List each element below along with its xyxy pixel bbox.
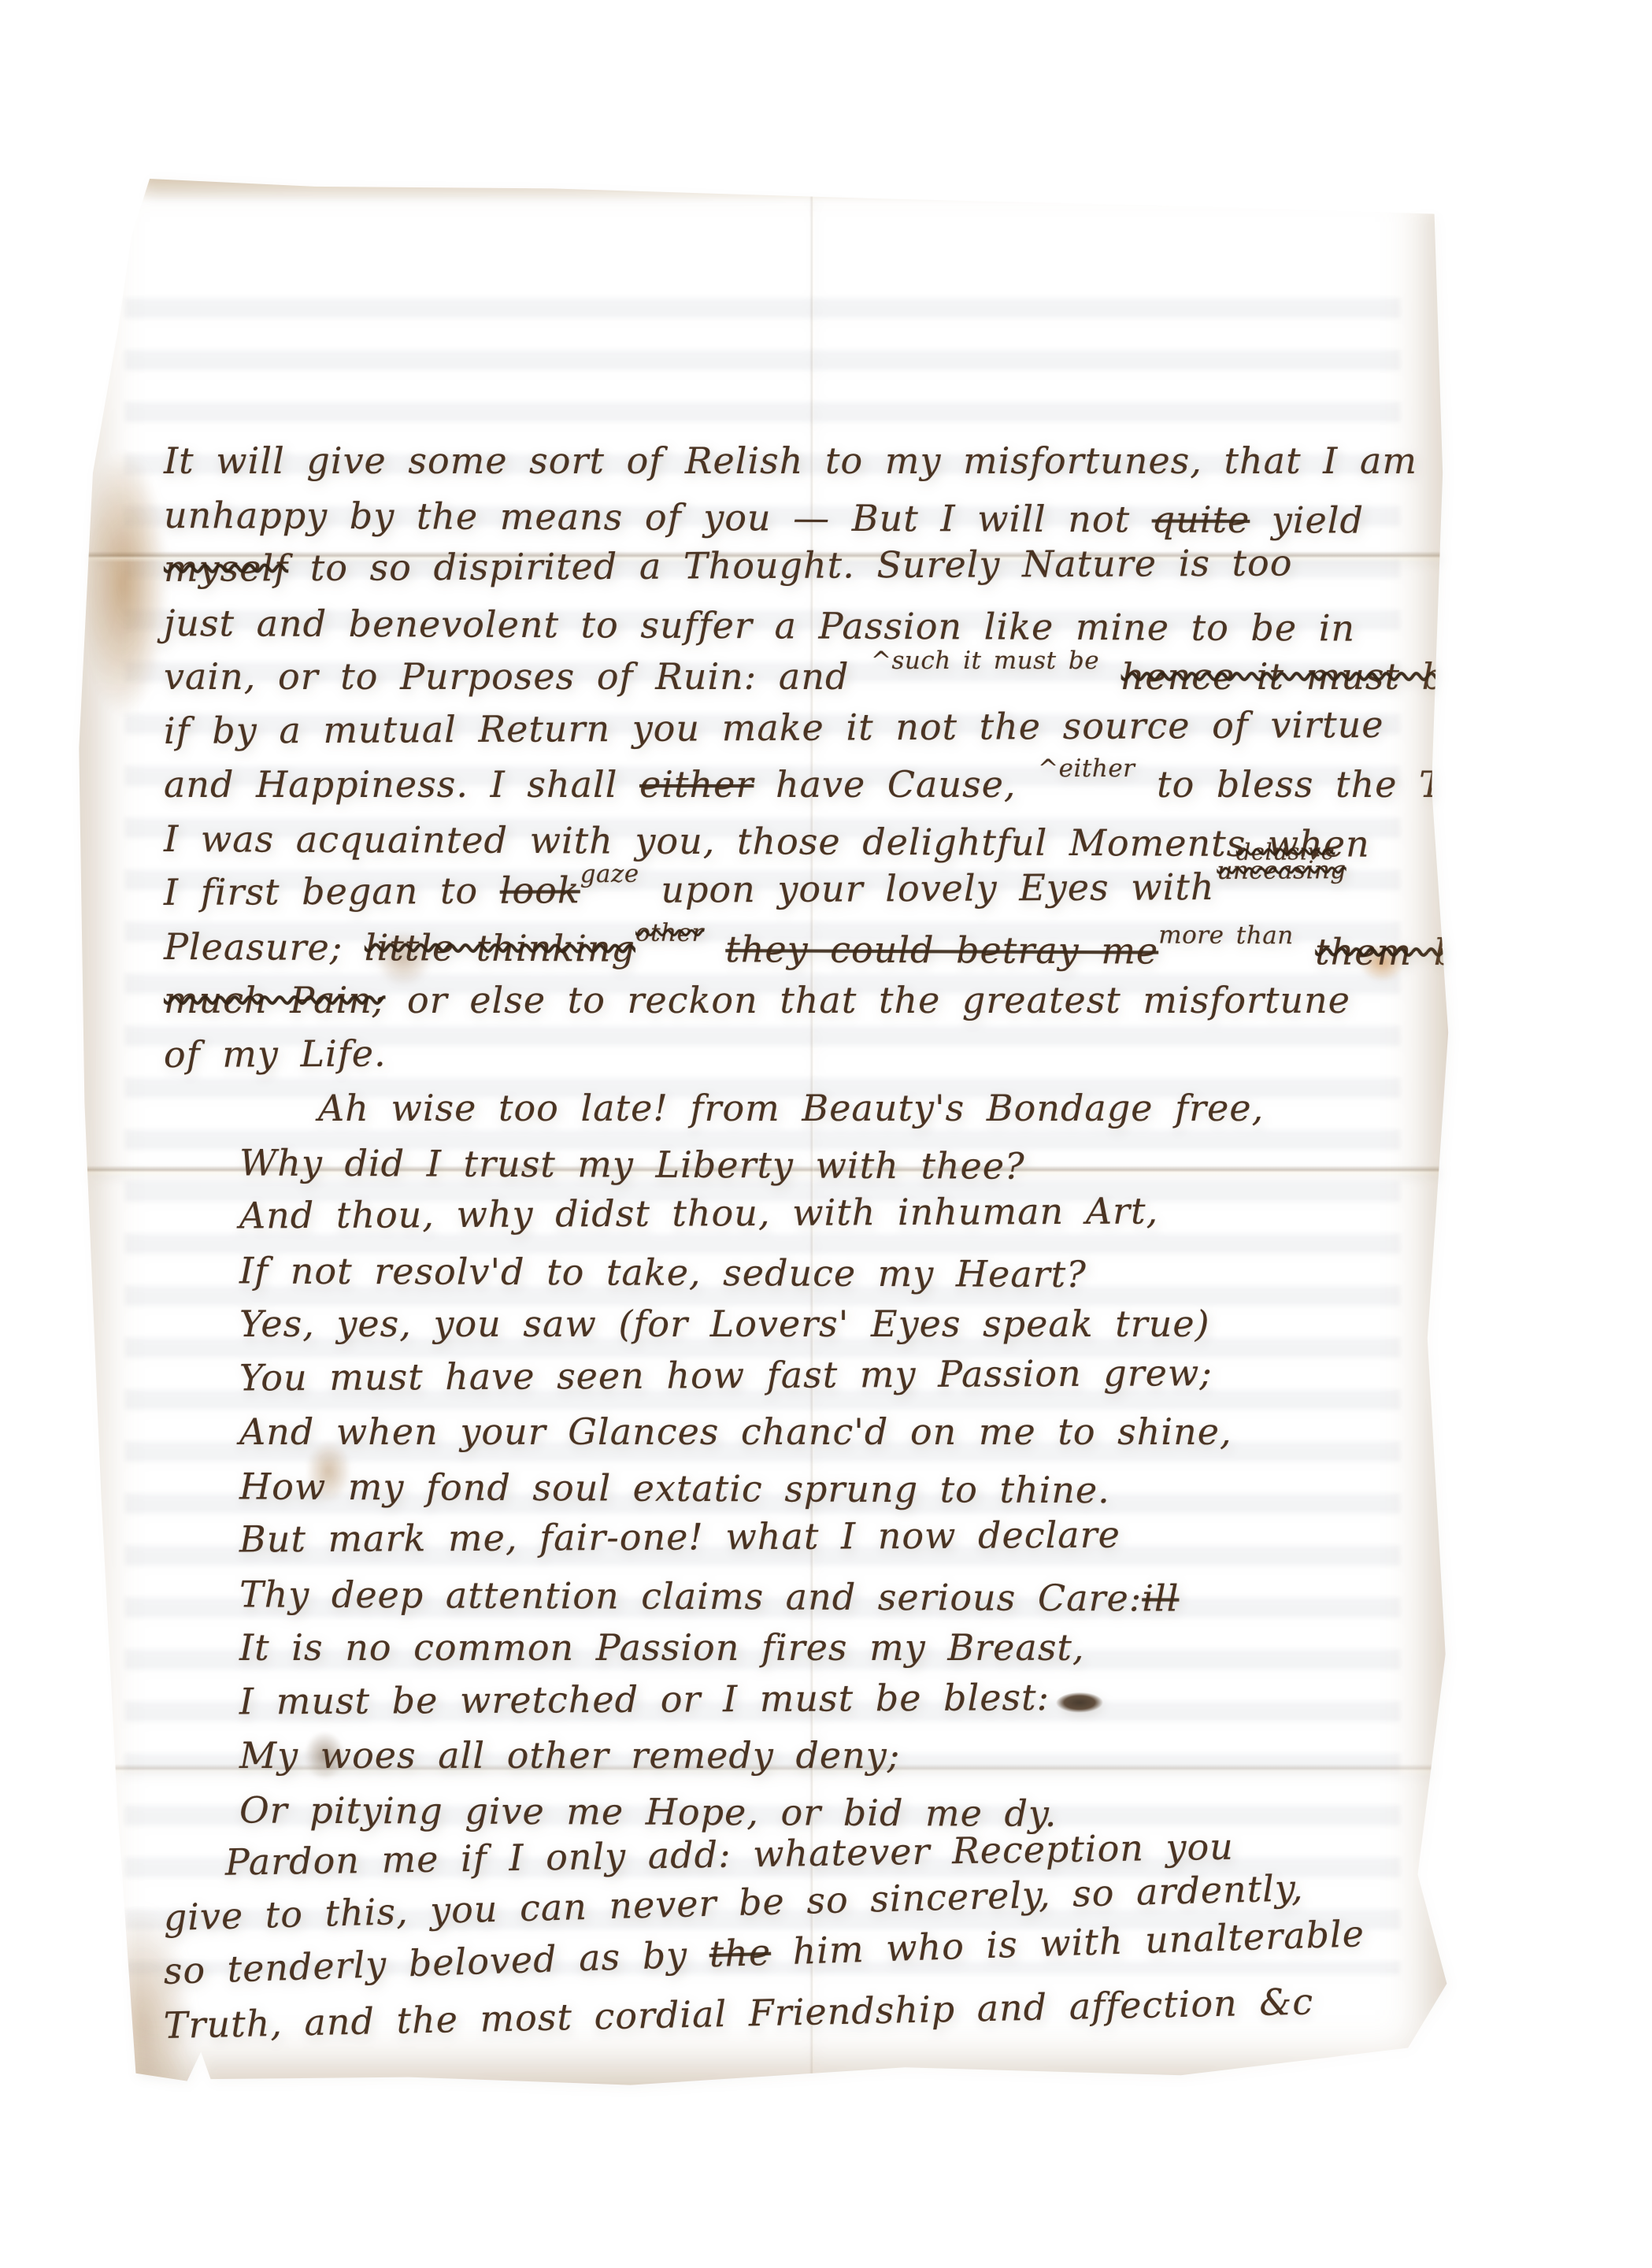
letter-line: Ah wise too late! from Beauty's Bondage … [164, 1087, 1461, 1141]
text-segment: gaze [580, 860, 639, 888]
text-segment: You must have seen how fast my Passion g… [239, 1351, 1213, 1399]
text-segment: quite [1152, 498, 1250, 541]
text-segment: to so dispirited a Thought. Surely Natur… [288, 541, 1293, 589]
text-segment: I was acquainted with you, those delight… [164, 817, 1370, 865]
letter-line: You must have seen how fast my Passion g… [164, 1350, 1461, 1410]
letter-line: But mark me, fair-one! what I now declar… [164, 1511, 1461, 1572]
letter-line: just and benevolent to suffer a Passion … [164, 602, 1461, 661]
letter-line: of my Life. [164, 1026, 1461, 1087]
page-background: It will give some sort of Relish to my m… [0, 0, 1652, 2268]
manuscript-paper: It will give some sort of Relish to my m… [69, 142, 1455, 2091]
text-segment: unhappy by the means of you — But I will… [164, 494, 1152, 540]
text-segment: to bless the Time [1135, 763, 1514, 806]
letter-line: myself to so dispirited a Thought. Surel… [164, 540, 1461, 601]
letter-line: My woes all other remedy deny; [164, 1734, 1461, 1788]
ink-blot [1056, 1692, 1103, 1712]
paper-stain [69, 175, 1455, 202]
text-segment: unceasing [1217, 856, 1346, 885]
text-segment: so [1480, 931, 1543, 973]
letter-line: vain, or to Purposes of Ruin: and ^such … [164, 655, 1461, 710]
text-segment: the [709, 1931, 772, 1975]
letter-line: I first began to lookgaze upon your love… [164, 864, 1461, 925]
text-segment: yield [1250, 498, 1364, 542]
text-segment: either [639, 763, 754, 806]
text-segment: little thinking [365, 926, 635, 970]
text-segment: ^either [1038, 754, 1135, 783]
letter-line: Yes, yes, you saw (for Lovers' Eyes spea… [164, 1303, 1461, 1357]
text-segment: How my fond soul extatic sprung to thine… [239, 1465, 1110, 1511]
text-segment [1294, 930, 1316, 973]
text-segment: I first began to [164, 869, 500, 913]
text-segment: I must be wretched or I must be blest: [239, 1676, 1050, 1722]
text-segment: much Pain; [164, 979, 385, 1021]
text-segment: and Happiness. I shall [164, 763, 639, 806]
text-segment: vain, or to Purposes of Ruin: and [164, 655, 871, 698]
text-segment: Pleasure; [164, 925, 365, 969]
text-segment: ^such it must be [871, 647, 1099, 675]
text-segment: Or pitying give me Hope, or bid me dy. [239, 1788, 1058, 1835]
text-segment: them be [1315, 930, 1480, 973]
text-segment: But mark me, fair-one! what I now declar… [239, 1514, 1120, 1561]
letter-line: It will give some sort of Relish to my m… [164, 439, 1461, 494]
text-segment: or else to reckon that the greatest misf… [385, 979, 1350, 1021]
text-segment [1099, 655, 1121, 698]
text-segment: upon your lovely Eyes with [639, 865, 1237, 911]
letter-line: and Happiness. I shall either have Cause… [164, 763, 1461, 817]
text-segment: Why did I trust my Liberty with thee? [239, 1141, 1025, 1187]
letter-text: It will give some sort of Relish to my m… [164, 439, 1461, 2058]
letter-line: And when your Glances chanc'd on me to s… [164, 1410, 1461, 1465]
text-segment: And thou, why didst thou, with inhuman A… [239, 1189, 1158, 1236]
text-segment: It will give some sort of Relish to my m… [164, 439, 1417, 482]
text-segment: they could betray me [725, 928, 1158, 972]
text-segment: It is no common Passion fires my Breast, [239, 1626, 1085, 1669]
letter-line: I must be wretched or I must be blest: [164, 1673, 1461, 1734]
paper-shadow-wrap: It will give some sort of Relish to my m… [0, 0, 1652, 2268]
text-segment: if by a mutual Return you make it not th… [164, 702, 1384, 751]
text-segment: Ah wise too late! from Beauty's Bondage … [318, 1087, 1264, 1129]
text-segment: just and benevolent to suffer a Passion … [164, 602, 1355, 650]
text-segment: myself [164, 547, 288, 590]
text-segment: hence it must be such [1121, 655, 1579, 698]
letter-line: If not resolv'd to take, seduce my Heart… [164, 1249, 1461, 1309]
text-segment: other [635, 918, 704, 947]
letter-line: Pleasure; little thinkingother they coul… [164, 925, 1461, 985]
text-segment: If not resolv'd to take, seduce my Heart… [239, 1249, 1087, 1295]
text-segment: have Cause, [754, 763, 1038, 806]
letter-line: much Pain; or else to reckon that the gr… [164, 979, 1461, 1033]
letter-line: if by a mutual Return you make it not th… [164, 702, 1461, 763]
text-segment: of my Life. [164, 1032, 387, 1075]
text-segment: My woes all other remedy deny; [239, 1734, 900, 1777]
text-segment: Yes, yes, you saw (for Lovers' Eyes spea… [239, 1303, 1210, 1345]
text-segment: ill [1142, 1577, 1179, 1619]
text-segment: Thy deep attention claims and serious Ca… [239, 1573, 1142, 1619]
letter-line: And thou, why didst thou, with inhuman A… [164, 1188, 1461, 1248]
text-segment: And when your Glances chanc'd on me to s… [239, 1410, 1232, 1453]
letter-line: It is no common Passion fires my Breast, [164, 1626, 1461, 1681]
letter-line: Thy deep attention claims and serious Ca… [164, 1573, 1461, 1632]
text-segment: look [500, 869, 580, 912]
text-segment [704, 927, 726, 969]
text-segment: more than [1158, 921, 1294, 950]
